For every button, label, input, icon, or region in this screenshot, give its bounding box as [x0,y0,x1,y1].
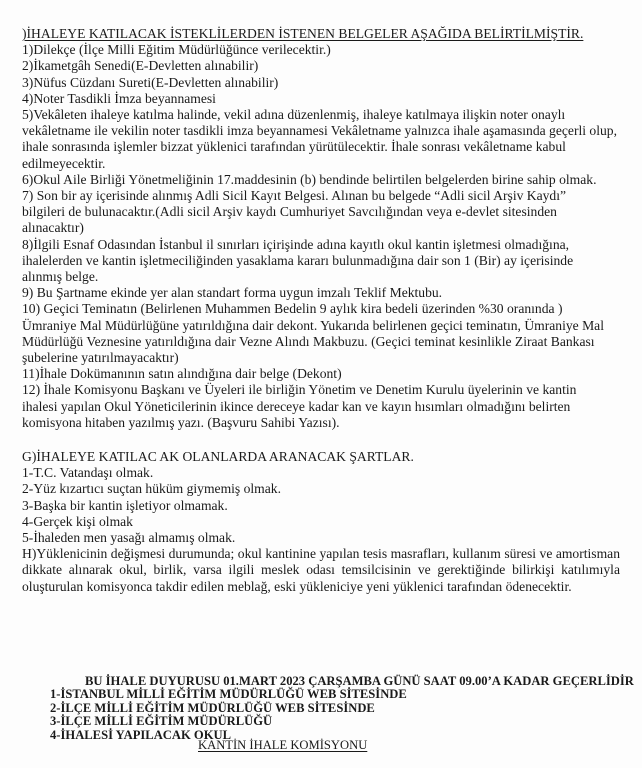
list-item: 3)Nüfus Cüzdanı Sureti(E-Devletten alına… [22,75,622,91]
announcement-notice: BU İHALE DUYURUSU 01.MART 2023 ÇARŞAMBA … [50,675,610,742]
list-item: 12) İhale Komisyonu Başkanı ve Üyeleri i… [22,382,604,431]
list-item: 4-Gerçek kişi olmak [22,514,622,530]
list-item: 1-T.C. Vatandaşı olmak. [22,465,622,481]
list-item: 8)İlgili Esnaf Odasından İstanbul il sın… [22,237,612,286]
notice-place: 3-İLÇE MİLLİ EĞİTİM MÜDÜRLÜĞÜ [50,715,610,728]
list-item: 9) Bu Şartname ekinde yer alan standart … [22,285,622,301]
list-item: 5-İhaleden men yasağı almamış olmak. [22,530,622,546]
list-item: 2)İkametgâh Senedi(E-Devletten alınabili… [22,58,622,74]
document-page: )İHALEYE KATILACAK İSTEKLİLERDEN İSTENEN… [0,0,642,768]
list-item: 2-Yüz kızartıcı suçtan hüküm giymemiş ol… [22,481,622,497]
section-title-required-documents: )İHALEYE KATILACAK İSTEKLİLERDEN İSTENEN… [22,26,622,42]
section-title-participation-conditions: G)İHALEYE KATILAC AK OLANLARDA ARANACAK … [22,449,622,465]
list-item: 5)Vekâleten ihaleye katılma halinde, vek… [22,107,617,172]
section-contractor-change: H)Yüklenicinin değişmesi durumunda; okul… [22,546,620,595]
section-required-documents: )İHALEYE KATILACAK İSTEKLİLERDEN İSTENEN… [22,26,622,431]
section-participation-conditions: G)İHALEYE KATILAC AK OLANLARDA ARANACAK … [22,449,622,595]
list-item: 11)İhale Dokümanının satın alındığına da… [22,366,622,382]
list-item: 10) Geçici Teminatın (Belirlenen Muhamme… [22,301,607,366]
notice-headline: BU İHALE DUYURUSU 01.MART 2023 ÇARŞAMBA … [50,675,610,688]
list-item: 7) Son bir ay içerisinde alınmış Adli Si… [22,188,582,237]
list-item: 3-Başka bir kantin işletiyor olmamak. [22,498,622,514]
signature-commission: KANTİN İHALE KOMİSYONU [198,738,367,753]
notice-place: 2-İLÇE MİLLİ EĞİTİM MÜDÜRLÜĞÜ WEB SİTESİ… [50,702,610,715]
list-item: 1)Dilekçe (İlçe Milli Eğitim Müdürlüğünc… [22,42,622,58]
notice-place: 1-İSTANBUL MİLLİ EĞİTİM MÜDÜRLÜĞÜ WEB Sİ… [50,688,610,701]
list-item: 6)Okul Aile Birliği Yönetmeliğinin 17.ma… [22,172,642,188]
list-item: 4)Noter Tasdikli İmza beyannamesi [22,91,622,107]
